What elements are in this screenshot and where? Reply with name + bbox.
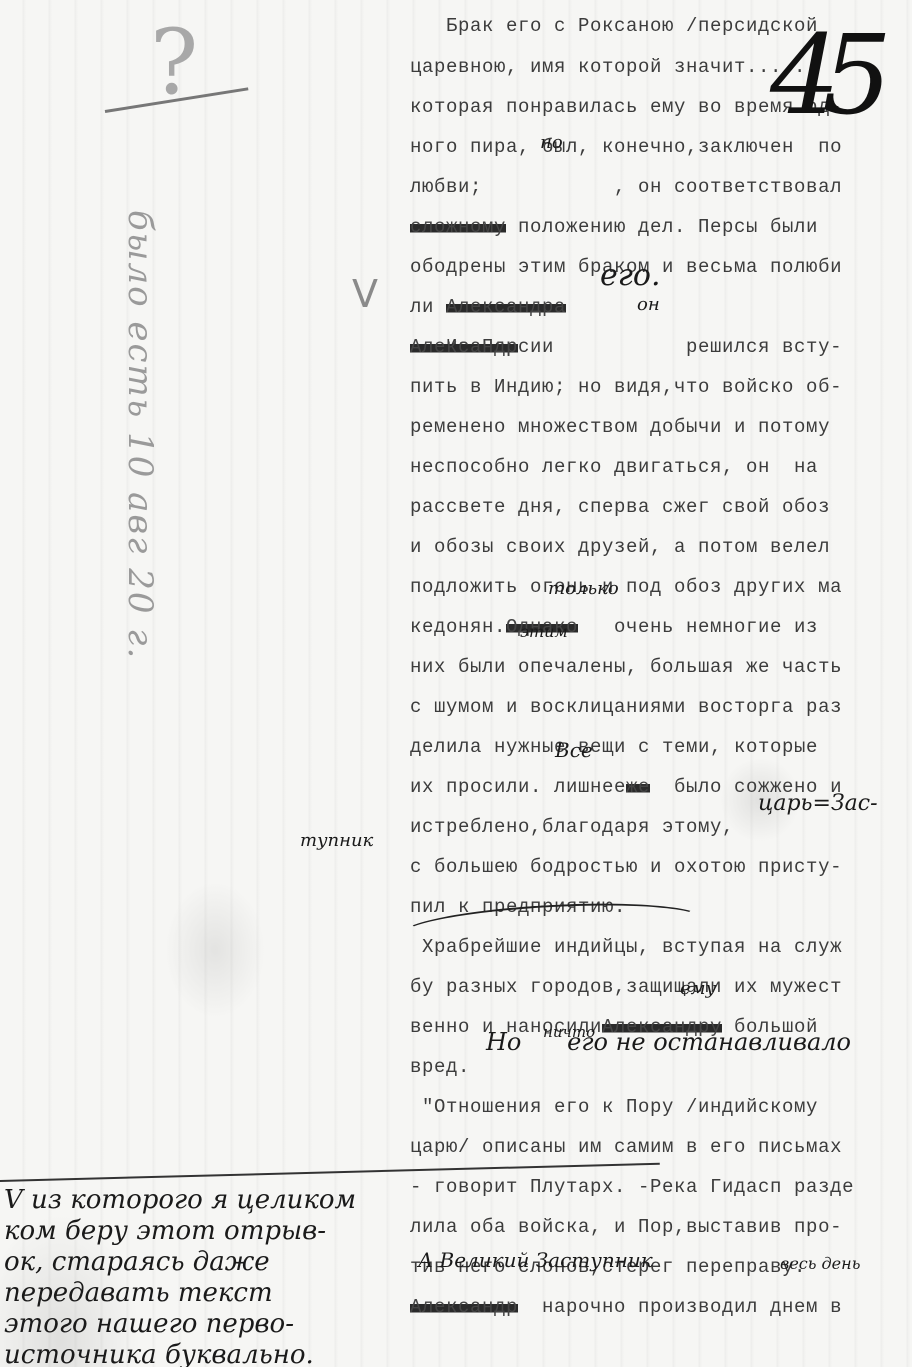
typed-line: бу разных городов,защищали их мужест xyxy=(410,973,842,1001)
margin-note-line: ком беру этот отрыв- xyxy=(4,1216,404,1247)
typed-line: Из Персии решился всту-Александр xyxy=(410,333,842,361)
typed-line: "Отношения его к Пору /индийскому xyxy=(410,1093,818,1121)
struck-word: сложному xyxy=(410,213,506,241)
typed-line: кедонян. очень немногие изОднако xyxy=(410,613,818,641)
typed-line: и обозы своих друзей, а потом велел xyxy=(410,533,830,561)
typed-line: любви; , он соответствовал xyxy=(410,173,842,201)
scanned-page xyxy=(0,0,912,1367)
handwritten-insertion: царь=Зас- xyxy=(758,791,878,816)
handwritten-insertion: весь день xyxy=(780,1254,860,1273)
typed-line: истреблено,благодаря этому, xyxy=(410,813,734,841)
margin-note-line: источника буквально. xyxy=(4,1340,404,1367)
typed-line: царевною, имя которой значит...... xyxy=(410,53,818,81)
typed-line: пить в Индию; но видя,что войско об- xyxy=(410,373,842,401)
handwritten-insertion: только xyxy=(548,578,619,599)
margin-note-line: передавать текст xyxy=(4,1278,404,1309)
handwritten-insertion: этим xyxy=(520,622,568,641)
typed-line: нарочно производил днем вАлександр xyxy=(410,1293,842,1321)
typed-line: с большею бодростью и охотою присту- xyxy=(410,853,842,881)
typed-line: царю/ описаны им самим в его письмах xyxy=(410,1133,842,1161)
typed-line: лила оба войска, и Пор,выставив про- xyxy=(410,1213,842,1241)
typed-line: Брак его с Роксаною /персидской xyxy=(410,12,818,40)
typed-line: них были опечалены, большая же часть xyxy=(410,653,842,681)
struck-word: Александра xyxy=(446,293,566,321)
typed-line: делила нужные вещи с теми, которые xyxy=(410,733,818,761)
check-mark-icon: V xyxy=(352,272,378,316)
handwritten-insertion: тупник xyxy=(300,830,373,851)
typed-line: - говорит Плутарх. -Река Гидасп разде xyxy=(410,1173,854,1201)
typed-line: рассвете дня, сперва сжег свой обоз xyxy=(410,493,830,521)
struck-word: Александр xyxy=(410,333,518,361)
struck-word: Александр xyxy=(410,1293,518,1321)
typed-line: положению дел. Персы былисложному xyxy=(410,213,818,241)
typed-line: подложить огонь и под обоз других ма xyxy=(410,573,842,601)
margin-note-line: V из которого я целиком xyxy=(4,1185,404,1216)
handwritten-insertion: А Великий Заступник xyxy=(418,1248,653,1272)
handwritten-insertion: он xyxy=(637,294,660,315)
margin-note-line: ок, стараясь даже xyxy=(4,1247,404,1278)
handwritten-insertion: Но его не останавливало xyxy=(486,1028,851,1056)
margin-note-line: этого нашего перво- xyxy=(4,1309,404,1340)
typed-line: лиАлександра xyxy=(410,293,434,321)
vertical-pencil-note: было есть 10 авг 20 г. xyxy=(120,210,160,660)
struck-word: же xyxy=(626,773,650,801)
typed-line: неспособно легко двигаться, он на xyxy=(410,453,818,481)
typed-line: вред. xyxy=(410,1053,470,1081)
typed-line: ременено множеством добычи и потому xyxy=(410,413,830,441)
typed-line: с шумом и восклицаниями восторга раз xyxy=(410,693,842,721)
page-number-handwritten: 45 xyxy=(770,20,874,130)
handwritten-insertion: его. xyxy=(600,258,661,293)
bottom-left-margin-note: V из которого я целикомком беру этот отр… xyxy=(4,1185,404,1367)
handwritten-insertion: ему xyxy=(680,978,716,999)
handwritten-insertion: Все xyxy=(555,738,593,762)
handwritten-insertion: но xyxy=(540,132,563,153)
